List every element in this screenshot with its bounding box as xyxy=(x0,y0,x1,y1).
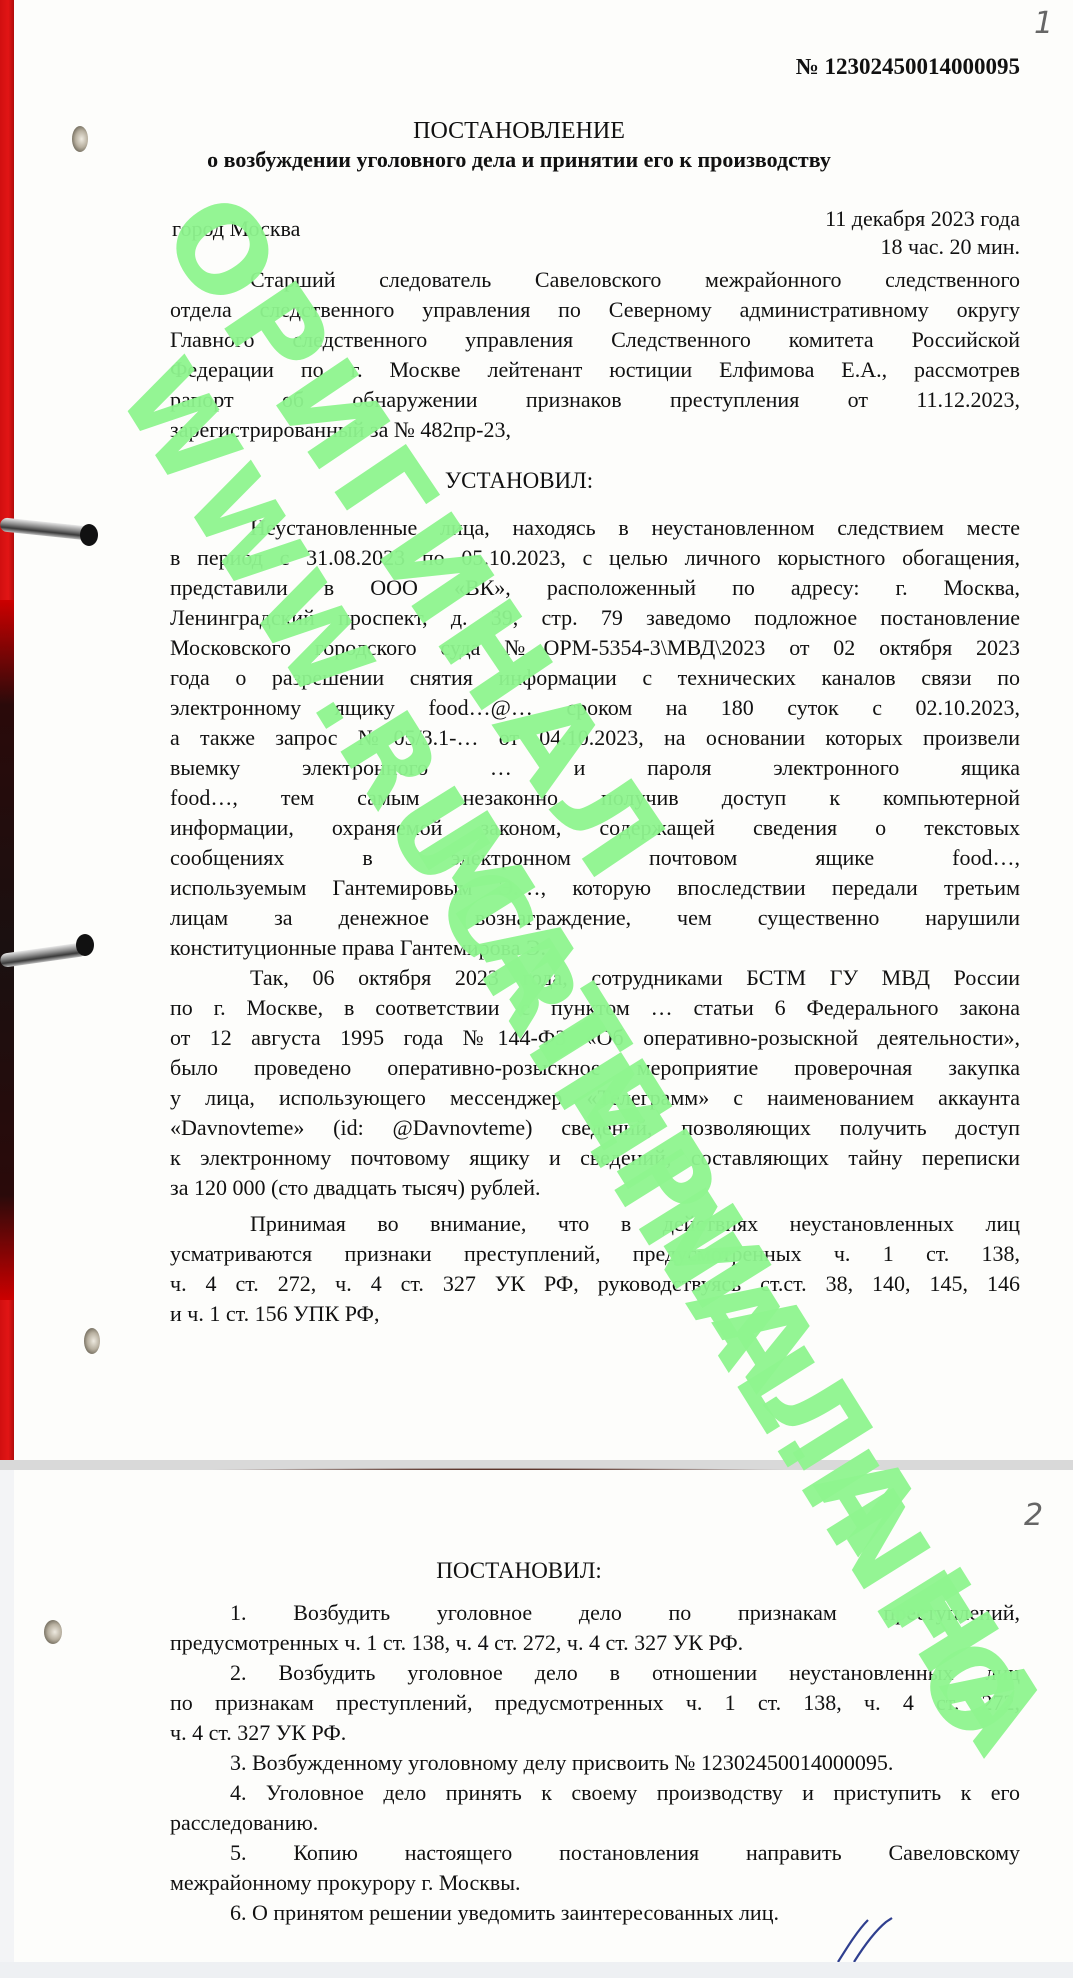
text-line: к электронному почтовому ящику и сведени… xyxy=(170,1143,1020,1173)
text-line: конституционные права Гантемирова Э. xyxy=(170,933,1020,963)
text-line: по признакам преступлений, предусмотренн… xyxy=(170,1688,1020,1718)
text-line: сообщениях в электронном почтовом ящике … xyxy=(170,843,1020,873)
text-line: и ч. 1 ст. 156 УПК РФ, xyxy=(170,1299,1020,1329)
document-title: ПОСТАНОВЛЕНИЕ xyxy=(14,116,1024,146)
text-line: представили в ООО «ВК», расположенный по… xyxy=(170,573,1020,603)
text-line: ч. 4 ст. 272, ч. 4 ст. 327 УК РФ, руково… xyxy=(170,1269,1020,1299)
text-line: а также запрос №05/3.1-… от 04.10.2023, … xyxy=(170,723,1020,753)
text-line: Главного следственного управления Следст… xyxy=(170,325,1020,355)
text-line: 5. Копию настоящего постановления направ… xyxy=(170,1838,1020,1868)
text-line: за 120 000 (сто двадцать тысяч) рублей. xyxy=(170,1173,1020,1203)
text-line: Федерации по г. Москве лейтенант юстиции… xyxy=(170,355,1020,385)
text-line: рапорт об обнаружении признаков преступл… xyxy=(170,385,1020,415)
text-line: по г. Москве, в соответствии с пунктом …… xyxy=(170,993,1020,1023)
bottom-band xyxy=(0,1962,1073,1978)
binder-ring-end xyxy=(80,524,98,546)
text-line: усматриваются признаки преступлений, пре… xyxy=(170,1239,1020,1269)
text-line: зарегистрированный за № 482пр-23, xyxy=(170,415,1020,445)
text-line: электронному ящику food…@… сроком на 180… xyxy=(170,693,1020,723)
text-line: Неустановленные лица, находясь в неустан… xyxy=(170,513,1020,543)
text-line: 3. Возбужденному уголовному делу присвои… xyxy=(170,1748,1020,1778)
text-line: используемым Гантемировым Э.…, которую в… xyxy=(170,873,1020,903)
text-line: отдела следственного управления по Север… xyxy=(170,295,1020,325)
text-line: предусмотренных ч. 1 ст. 138, ч. 4 ст. 2… xyxy=(170,1628,1020,1658)
resolution-item-5: 5. Копию настоящего постановления направ… xyxy=(170,1838,1020,1898)
resolved-heading: ПОСТАНОВИЛ: xyxy=(14,1556,1024,1586)
time: 18 час. 20 мин. xyxy=(614,232,1020,262)
text-line: лицам за денежное вознаграждение, чем су… xyxy=(170,903,1020,933)
text-line: 1. Возбудить уголовное дело по признакам… xyxy=(170,1598,1020,1628)
text-line: от 12 августа 1995 года №144-ФЗ «Об опер… xyxy=(170,1023,1020,1053)
text-line: межрайонному прокурору г. Москвы. xyxy=(170,1868,1020,1898)
text-line: у лица, использующего мессенджер «Телегр… xyxy=(170,1083,1020,1113)
resolution-item-2: 2. Возбудить уголовное дело в отношении … xyxy=(170,1658,1020,1748)
text-line: 2. Возбудить уголовное дело в отношении … xyxy=(170,1658,1020,1688)
case-number: № 12302450014000095 xyxy=(760,52,1020,82)
document-page-2: 2 ПОСТАНОВИЛ: 1. Возбудить уголовное дел… xyxy=(14,1470,1073,1962)
signature-icon xyxy=(834,1916,904,1962)
resolution-item-1: 1. Возбудить уголовное дело по признакам… xyxy=(170,1598,1020,1658)
document-subtitle: о возбуждении уголовного дела и принятии… xyxy=(14,145,1024,175)
text-line: в период с 31.08.2023 по 05.10.2023, с ц… xyxy=(170,543,1020,573)
text-line: Старший следователь Савеловского межрайо… xyxy=(170,265,1020,295)
resolution-list: 1. Возбудить уголовное дело по признакам… xyxy=(170,1598,1020,1928)
handwritten-page-number: 1 xyxy=(1034,6,1053,41)
resolution-item-3: 3. Возбужденному уголовному делу присвои… xyxy=(170,1748,1020,1778)
established-heading: УСТАНОВИЛ: xyxy=(14,466,1024,496)
text-line: расследованию. xyxy=(170,1808,1020,1838)
place: город Москва xyxy=(172,214,300,244)
text-line: Московского городского суда №ОРМ-5354-3\… xyxy=(170,633,1020,663)
text-line: выемку электронного … и пароля электронн… xyxy=(170,753,1020,783)
intro-paragraph: Старший следователь Савеловского межрайо… xyxy=(170,265,1020,445)
punch-hole xyxy=(44,1620,62,1644)
facts-paragraph: Неустановленные лица, находясь в неустан… xyxy=(170,513,1020,1329)
text-line: food…, тем самым незаконно получив досту… xyxy=(170,783,1020,813)
punch-hole xyxy=(84,1328,100,1354)
text-line: Ленинградский проспект, д. 39, стр. 79 з… xyxy=(170,603,1020,633)
binder-spine xyxy=(0,600,14,1300)
binder-ring-end xyxy=(76,934,94,956)
resolution-item-4: 4. Уголовное дело принять к своему произ… xyxy=(170,1778,1020,1838)
document-page-1: 1 № 12302450014000095 ПОСТАНОВЛЕНИЕ о во… xyxy=(14,0,1073,1460)
handwritten-page-number: 2 xyxy=(1024,1498,1043,1533)
text-line: года о разрешении снятия информации с те… xyxy=(170,663,1020,693)
text-line: «Davnovteme» (id: @Davnovteme) сведений,… xyxy=(170,1113,1020,1143)
date: 11 декабря 2023 года xyxy=(614,204,1020,234)
text-line: информации, охраняемой законом, содержащ… xyxy=(170,813,1020,843)
text-line: ч. 4 ст. 327 УК РФ. xyxy=(170,1718,1020,1748)
text-line: Принимая во внимание, что в действиях не… xyxy=(170,1209,1020,1239)
text-line: 4. Уголовное дело принять к своему произ… xyxy=(170,1778,1020,1808)
text-line: Так, 06 октября 2023 года, сотрудниками … xyxy=(170,963,1020,993)
text-line: было проведено оперативно-розыскное меро… xyxy=(170,1053,1020,1083)
